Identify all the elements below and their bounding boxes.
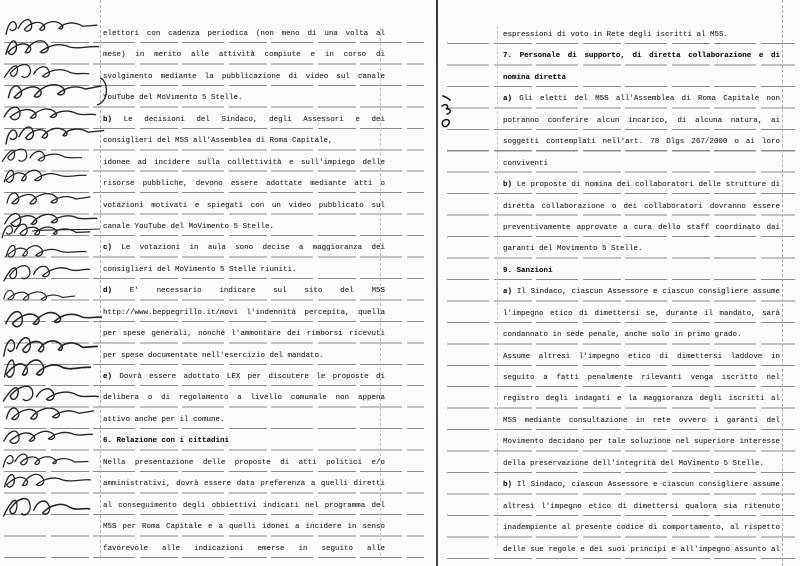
text-line: delle sue regole e dei suoi principi e a… xyxy=(503,537,780,558)
text-line: elettori con cadenza periodica (non meno… xyxy=(103,21,385,42)
scanned-document: elettori con cadenza periodica (non meno… xyxy=(0,0,800,566)
text-line: consiglieri del MoVimento 5 Stelle riuni… xyxy=(103,257,385,278)
text-line: amministrativi, dovrà essere data prefer… xyxy=(103,471,385,492)
text-line: c) Le votazioni in aula sono decise a ma… xyxy=(103,235,385,256)
text-line: votazioni motivati e spiegati con un vid… xyxy=(103,193,385,214)
margin-ink-marks xyxy=(439,93,455,133)
text-line: favorevole alle indicazioni emerse in se… xyxy=(103,536,385,557)
text-line: della preservazione dell'integrità del M… xyxy=(503,451,780,472)
text-line: http://www.beppegrillo.it/movi l'indenni… xyxy=(103,300,385,321)
text-line: M5S per Roma Capitale e a quelli idonei … xyxy=(103,514,385,535)
right-page: espressioni di voto in Rete degli iscrit… xyxy=(437,0,800,566)
signature-scribble xyxy=(6,20,97,35)
signature-scribble xyxy=(4,211,97,227)
signature-scribble xyxy=(4,168,86,183)
text-line: soggetti contemplati nell'art. 78 Dlgs 2… xyxy=(503,129,780,150)
text-line: canale YouTube del MoVimento 5 Stelle. xyxy=(103,214,385,235)
signature-scribble xyxy=(6,407,93,420)
text-line: e) Dovrà essere adottato LEX per discute… xyxy=(103,364,385,385)
signature-scribble xyxy=(8,81,101,98)
text-line: l'impegno etico di dimettersi se, durant… xyxy=(503,301,780,322)
text-line: a) Gli eletti del M5S all'Assemblea di R… xyxy=(503,86,780,107)
signature-scribble xyxy=(4,107,95,120)
item-label: b) xyxy=(503,181,512,189)
text-line: b) Le proposte di nomina dei collaborato… xyxy=(503,172,780,193)
text-line: potranno conferire alcun incarico, di al… xyxy=(503,108,780,129)
margin-line-right-page xyxy=(497,26,498,546)
text-line: risorse pubbliche, devono essere adottat… xyxy=(103,171,385,192)
signature-scribble xyxy=(4,290,75,302)
text-line: delibera o di regolamento a livello comu… xyxy=(103,385,385,406)
text-line: per spese documentate nell'esercizio del… xyxy=(103,343,385,364)
right-page-text: espressioni di voto in Rete degli iscrit… xyxy=(503,22,780,558)
signature-scribble xyxy=(2,149,82,165)
text-line: per spese generali, nonché l'ammontare d… xyxy=(103,321,385,342)
text-line: preventivamente approvate a cura dello s… xyxy=(503,215,780,236)
text-line: svolgimento mediante la pubblicazione di… xyxy=(103,64,385,85)
text-line: 6. Relazione con i cittadini xyxy=(103,428,385,449)
text-line: Movimento decidano per tale soluzione ne… xyxy=(503,429,780,450)
text-line: espressioni di voto in Rete degli iscrit… xyxy=(503,22,780,43)
signature-scribble xyxy=(7,193,90,204)
text-line: mese) in merito alle attività compiute e… xyxy=(103,42,385,63)
text-line: al conseguimento degli obbiettivi indica… xyxy=(103,493,385,514)
text-line: attivo anche per il comune. xyxy=(103,407,385,428)
text-line: Nella presentazione delle proposte di at… xyxy=(103,450,385,471)
text-line: diretta collaborazione o dei collaborato… xyxy=(503,194,780,215)
signature-scribble xyxy=(4,337,98,358)
ink-mark xyxy=(443,96,450,100)
signature-scribble xyxy=(6,308,102,327)
left-page: elettori con cadenza periodica (non meno… xyxy=(0,0,436,566)
item-label: a) xyxy=(503,95,512,103)
text-line: garanti del Movimento 5 Stelle. xyxy=(503,236,780,257)
signature-scribble xyxy=(3,453,88,470)
text-line: idonee ad incidere sulla collettività e … xyxy=(103,150,385,171)
text-line: b) Il Sindaco, ciascun Assessore e ciasc… xyxy=(503,472,780,493)
ink-mark xyxy=(442,105,450,114)
signature-scribble xyxy=(3,385,98,404)
left-page-text: elettori con cadenza periodica (non meno… xyxy=(103,21,385,557)
signature-scribble xyxy=(3,262,90,281)
item-label: a) xyxy=(503,288,512,296)
text-line: conviventi xyxy=(503,151,780,172)
text-line: nomina diretta xyxy=(503,65,780,86)
signatures-column xyxy=(0,0,130,566)
text-line: 7. Personale di supporto, di diretta col… xyxy=(503,43,780,64)
signature-scribble xyxy=(4,64,89,81)
item-label: b) xyxy=(503,481,512,489)
text-line: Assume altresì l'impegno etico di dimett… xyxy=(503,344,780,365)
signature-scribble xyxy=(4,356,90,377)
text-line: altresì l'impegno etico di dimettersi qu… xyxy=(503,494,780,515)
ink-mark xyxy=(442,120,449,127)
text-line: registro degli indagati e la maggioranza… xyxy=(503,386,780,407)
text-line: condannato in sede penale, anche solo in… xyxy=(503,322,780,343)
right-margin-line-right-page xyxy=(782,0,783,566)
text-line: inadempiente al presente codice di compo… xyxy=(503,515,780,536)
text-line: consiglieri del M5S all'Assemblea di Rom… xyxy=(103,128,385,149)
signature-scribble xyxy=(6,124,104,143)
signature-scribble xyxy=(6,38,99,55)
signature-scribble xyxy=(4,498,90,518)
signature-flourish xyxy=(97,78,106,105)
text-line: YouTube del MoVimento 5 Stelle. xyxy=(103,85,385,106)
signature-scribble xyxy=(6,244,86,257)
text-line: a) Il Sindaco, ciascun Assessore e ciasc… xyxy=(503,279,780,300)
text-line: M5S mediante consultazione in rete ovver… xyxy=(503,408,780,429)
text-line: d) E' necessario indicare sul sito del M… xyxy=(103,278,385,299)
signature-scribble xyxy=(3,427,92,444)
text-line: b) Le decisioni del Sindaco, degli Asses… xyxy=(103,107,385,128)
text-line: 9. Sanzioni xyxy=(503,258,780,279)
text-line: seguito a fatti penalmente rilevanti ven… xyxy=(503,365,780,386)
signature-scribble xyxy=(4,472,90,488)
